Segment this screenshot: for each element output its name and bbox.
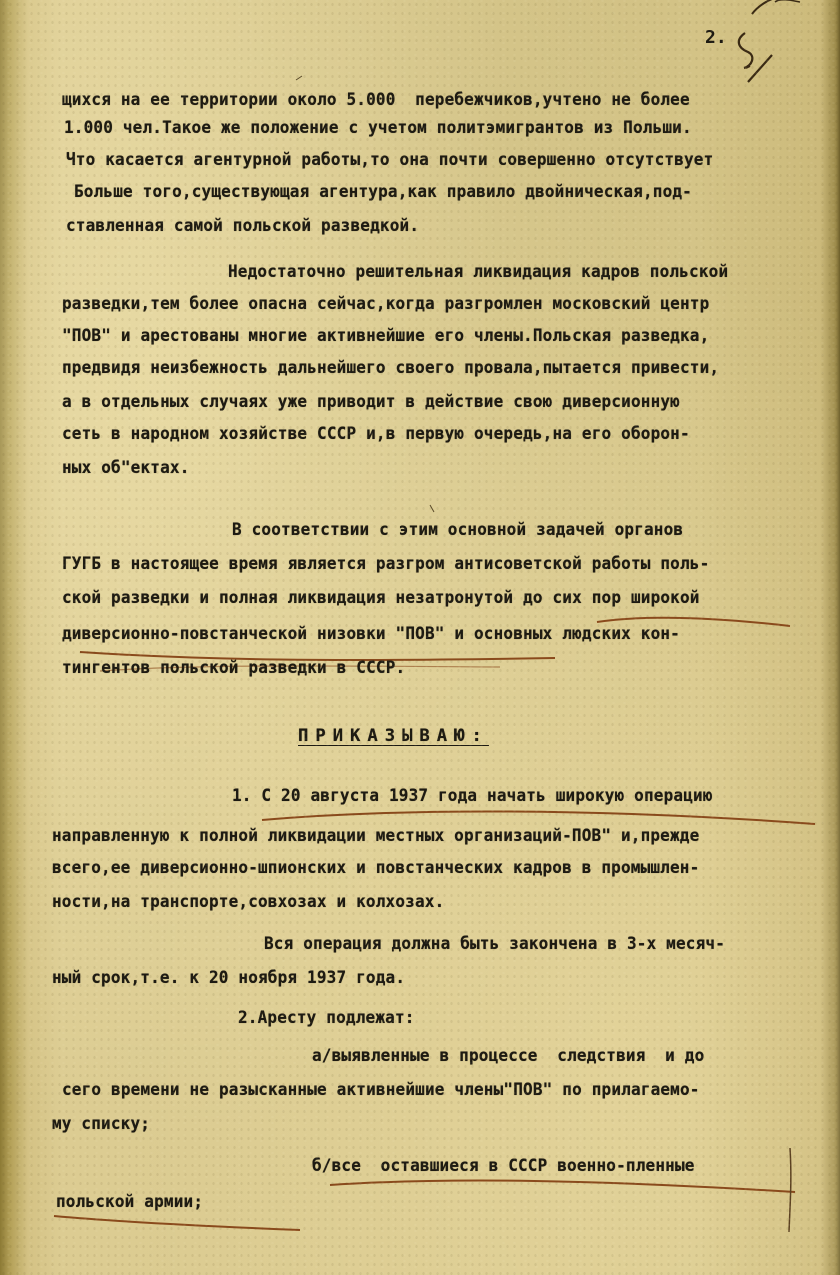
text-line: 1.000 чел.Такое же положение с учетом по… <box>64 118 692 138</box>
text-line: тингентов польской разведки в СССР. <box>62 658 405 678</box>
text-line: щихся на ее территории около 5.000 переб… <box>62 90 690 110</box>
text-line: всего,ее диверсионно-шпионских и повстан… <box>52 858 699 878</box>
text-line: сего времени не разысканные активнейшие … <box>62 1080 700 1100</box>
text-line: направленную к полной ликвидации местных… <box>52 826 699 846</box>
text-line: ской разведки и полная ликвидация незатр… <box>62 588 700 608</box>
text-line: Что касается агентурной работы,то она по… <box>66 150 713 170</box>
text-line: разведки,тем более опасна сейчас,когда р… <box>62 294 709 314</box>
text-line: б/все оставшиеся в СССР военно-пленные <box>312 1156 695 1176</box>
text-line: 2.Аресту подлежат: <box>238 1008 415 1028</box>
text-line: ных об"ектах. <box>62 458 190 478</box>
text-line: а в отдельных случаях уже приводит в дей… <box>62 392 680 412</box>
text-line: сеть в народном хозяйстве СССР и,в перву… <box>62 424 690 444</box>
text-line: диверсионно-повстанческой низовки "ПОВ" … <box>62 624 680 644</box>
page-number: 2. <box>705 27 727 48</box>
text-line: ГУГБ в настоящее время является разгром … <box>62 554 709 574</box>
text-line: "ПОВ" и арестованы многие активнейшие ег… <box>62 326 709 346</box>
text-line: му списку; <box>52 1114 150 1134</box>
text-line: польской армии; <box>56 1192 203 1212</box>
text-line: ности,на транспорте,совхозах и колхозах. <box>52 892 444 912</box>
text-line: ный срок,т.е. к 20 ноября 1937 года. <box>52 968 405 988</box>
text-line: а/выявленные в процессе следствия и до <box>312 1046 704 1066</box>
text-line: предвидя неизбежность дальнейшего своего… <box>62 358 719 378</box>
order-heading: ПРИКАЗЫВАЮ: <box>298 726 489 746</box>
text-line: Недостаточно решительная ликвидация кадр… <box>228 262 728 282</box>
text-line: Вся операция должна быть закончена в 3-х… <box>264 934 725 954</box>
text-line: Больше того,существующая агентура,как пр… <box>74 182 692 202</box>
text-line: 1. С 20 августа 1937 года начать широкую… <box>232 786 713 806</box>
text-line: В соответствии с этим основной задачей о… <box>232 520 683 540</box>
document-page: 2. щихся на ее территории около 5.000 пе… <box>0 0 840 1275</box>
text-line: ставленная самой польской разведкой. <box>66 216 419 236</box>
